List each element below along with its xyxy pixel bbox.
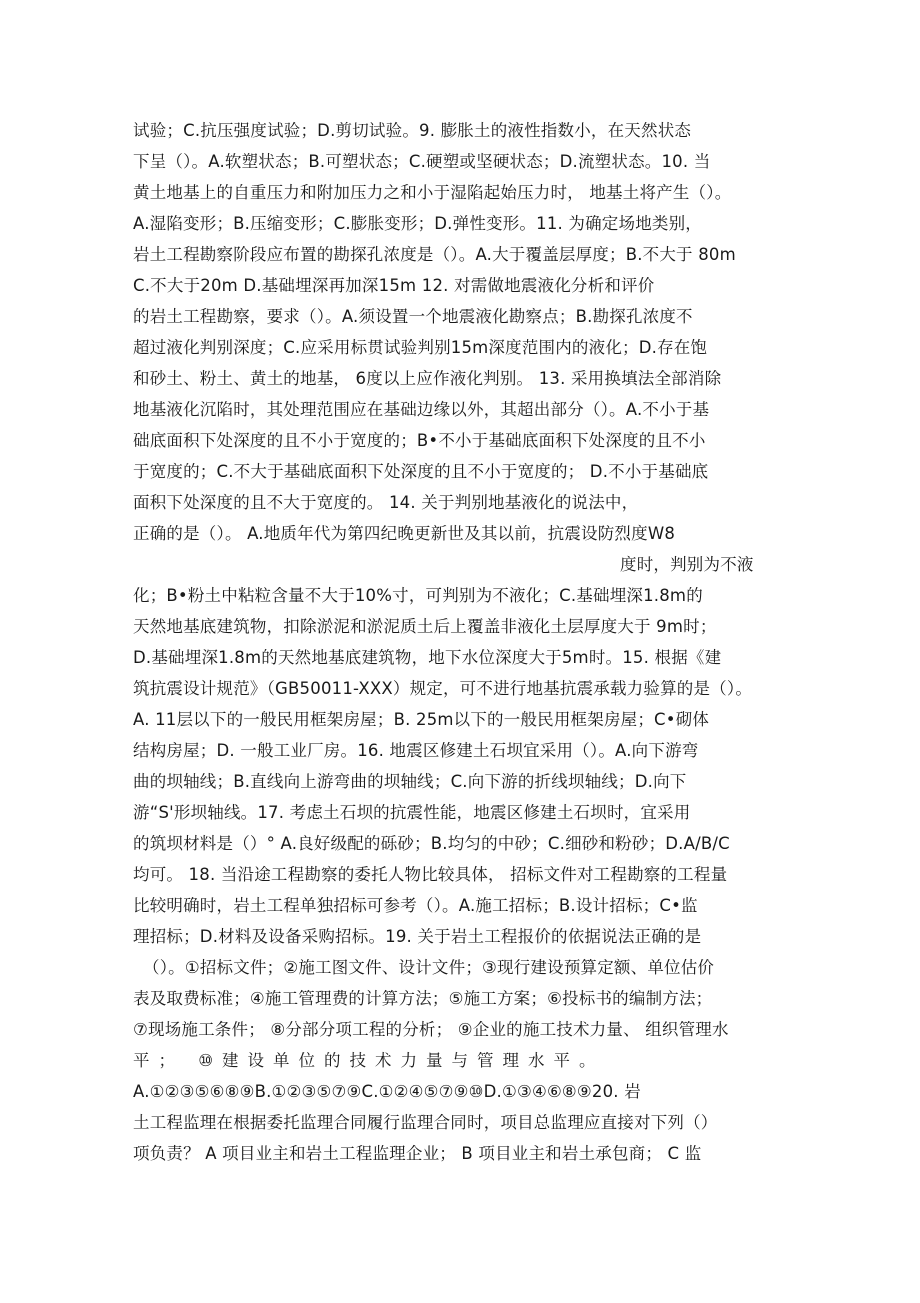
text-line: A. 11层以下的一般民用框架房屋；B. 25m以下的一般民用框架房屋；C•砌体 (133, 709, 709, 731)
text-line: 础底面积下处深度的且不小于宽度的；B•不小于基础底面积下处深度的且不小 (133, 430, 706, 452)
text-line: 曲的坝轴线；B.直线向上游弯曲的坝轴线；C.向下游的折线坝轴线；D.向下 (133, 771, 686, 793)
text-line: 下呈（）。A.软塑状态；B.可塑状态；C.硬塑或坚硬状态；D.流塑状态。10. … (133, 151, 710, 173)
text-line: 度时，判别为不液 (620, 554, 754, 576)
text-line: 天然地基底建筑物，扣除淤泥和淤泥质土后上覆盖非液化土层厚度大于 9m时； (133, 616, 717, 638)
text-line: 于宽度的；C.不大于基础底面积下处深度的且不小于宽度的； D.不小于基础底 (133, 461, 708, 483)
text-line: C.不大于20m D.基础埋深再加深15m 12. 对需做地震液化分析和评价 (133, 275, 654, 297)
text-line: 黄土地基上的自重压力和附加压力之和小于湿陷起始压力时， 地基土将产生（）。 (133, 182, 731, 204)
text-line: 面积下处深度的且不大于宽度的。 14. 关于判别地基液化的说法中， (133, 492, 638, 514)
text-line: 筑抗震设计规范》（GB50011-XXX）规定，可不进行地基抗震承载力验算的是（… (133, 678, 752, 700)
text-line: 试验；C.抗压强度试验；D.剪切试验。9. 膨胀土的液性指数小，在天然状态 (133, 120, 691, 142)
text-line: 项负责？ A 项目业主和岩土工程监理企业； B 项目业主和岩土承包商； C 监 (133, 1143, 701, 1165)
text-line: 比较明确时，岩土工程单独招标可参考（）。A.施工招标；B.设计招标；C•监 (133, 895, 698, 917)
text-line: D.基础埋深1.8m的天然地基底建筑物，地下水位深度大于5m时。15. 根据《建 (133, 647, 721, 669)
text-line: 均可。 18. 当沿途工程勘察的委托人物比较具体， 招标文件对工程勘察的工程量 (133, 864, 727, 886)
text-line: 理招标；D.材料及设备采购招标。19. 关于岩土工程报价的依据说法正确的是 (133, 926, 701, 948)
text-line: 表及取费标准；④施工管理费的计算方法；⑤施工方案；⑥投标书的编制方法； (133, 988, 712, 1010)
text-line: 结构房屋；D. 一般工业厂房。16. 地震区修建土石坝宜采用（）。A.向下游弯 (133, 740, 698, 762)
text-line: 土工程监理在根据委托监理合同履行监理合同时，项目总监理应直接对下列（） (133, 1112, 718, 1134)
text-line: ⑦现场施工条件； ⑧分部分项工程的分析； ⑨企业的施工技术力量、 组织管理水 (133, 1019, 729, 1041)
text-line: A.①②③⑤⑥⑧⑨B.①②③⑤⑦⑨C.①②④⑤⑦⑨⑩D.①③④⑥⑧⑨20. 岩 (133, 1081, 641, 1103)
text-line: 岩土工程勘察阶段应布置的勘探孔浓度是（）。A.大于覆盖层厚度；B.不大于 80m (133, 244, 736, 266)
text-line: 游“S'形坝轴线。17. 考虑土石坝的抗震性能，地震区修建土石坝时，宜采用 (133, 802, 690, 824)
text-line: 地基液化沉陷时，其处理范围应在基础边缘以外，其超出部分（）。A.不小于基 (133, 399, 709, 421)
text-line: 超过液化判别深度；C.应采用标贯试验判别15m深度范围内的液化；D.存在饱 (133, 337, 707, 359)
text-line: 正确的是（）。 A.地质年代为第四纪晚更新世及其以前，抗震设防烈度W8 (133, 523, 675, 545)
text-line: （）。①招标文件；②施工图文件、设计文件；③现行建设预算定额、单位估价 (143, 957, 714, 979)
document-page: 试验；C.抗压强度试验；D.剪切试验。9. 膨胀土的液性指数小，在天然状态下呈（… (0, 0, 920, 1303)
text-line: 化；B•粉土中粘粒含量不大于10%寸，可判别为不液化；C.基础埋深1.8m的 (133, 585, 703, 607)
text-line: 和砂土、粉土、黄土的地基， 6度以上应作液化判别。 13. 采用换填法全部消除 (133, 368, 721, 390)
text-line: 平； ⑩建设单位的技术力量与管理水平。 (133, 1050, 605, 1072)
text-line: 的岩土工程勘察，要求（）。A.须设置一个地震液化勘察点；B.勘探孔浓度不 (133, 306, 693, 328)
text-line: A.湿陷变形；B.压缩变形；C.膨胀变形；D.弹性变形。11. 为确定场地类别， (133, 213, 702, 235)
text-line: 的筑坝材料是（）° A.良好级配的砾砂；B.均匀的中砂；C.细砂和粉砂；D.A/… (133, 833, 730, 855)
